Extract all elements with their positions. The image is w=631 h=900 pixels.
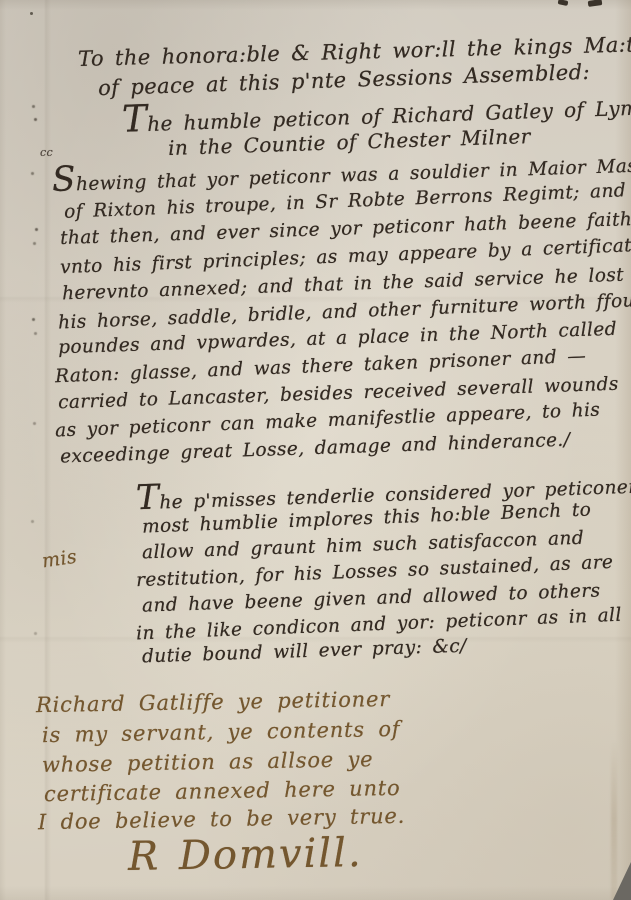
signature: R Domvill. bbox=[128, 830, 363, 880]
stitch-holes bbox=[30, 12, 33, 15]
margin-mark: cc bbox=[40, 146, 53, 159]
manuscript-scan: To the honora:ble & Right wor:ll the kin… bbox=[0, 0, 631, 900]
edge-stain bbox=[611, 740, 617, 900]
